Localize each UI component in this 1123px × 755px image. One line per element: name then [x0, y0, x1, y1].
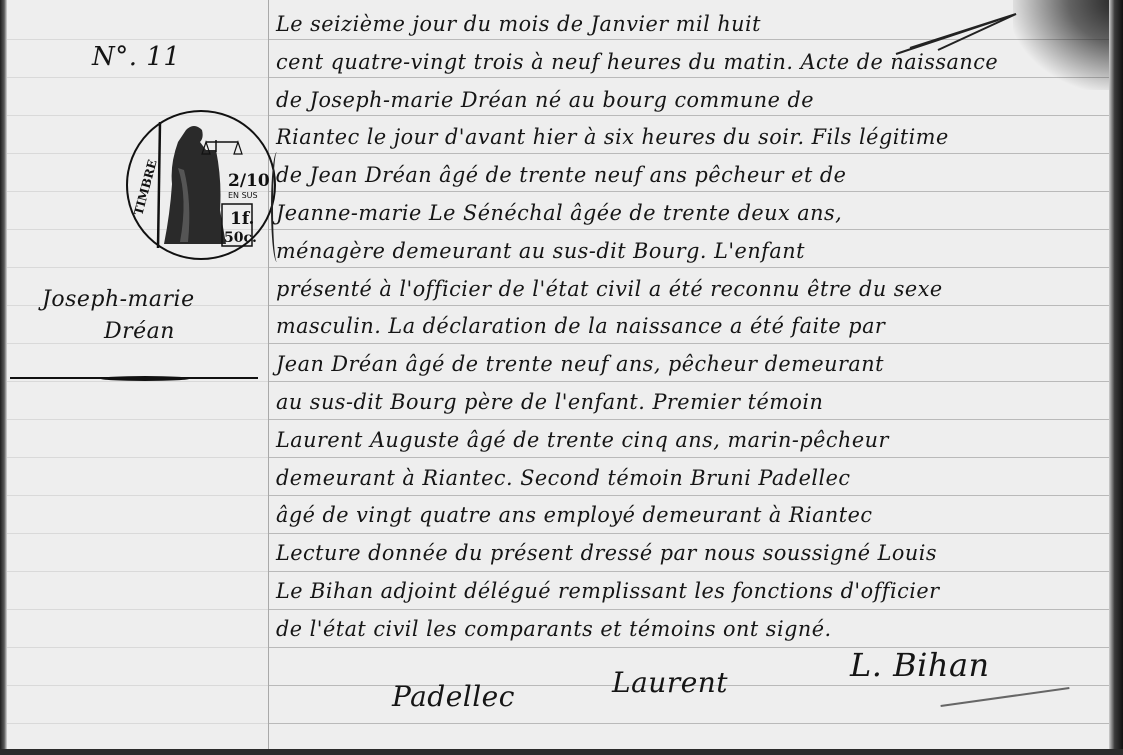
- svg-text:1f.: 1f.: [230, 209, 254, 229]
- signature-witness-2: Padellec: [392, 680, 515, 713]
- act-line: demeurant à Riantec. Second témoin Bruni…: [276, 460, 1096, 498]
- register-page: N°. 11 TIMBRE 2/10 EN SUS 1f. 50c. Josep…: [0, 0, 1123, 749]
- svg-text:TIMBRE: TIMBRE: [131, 158, 159, 217]
- margin-name-surname: Dréan: [42, 316, 195, 348]
- signature-witness-1: Laurent: [612, 666, 728, 699]
- act-line: Le Bihan adjoint délégué remplissant les…: [276, 573, 1096, 611]
- scan-bottom-border: [0, 749, 1123, 755]
- act-line: de Jean Dréan âgé de trente neuf ans pêc…: [276, 157, 1096, 195]
- act-line: ménagère demeurant au sus-dit Bourg. L'e…: [276, 233, 1096, 271]
- signatures: Padellec Laurent L. Bihan: [380, 640, 1100, 749]
- act-line: âgé de vingt quatre ans employé demeuran…: [276, 497, 1096, 535]
- svg-text:2/10: 2/10: [228, 171, 270, 191]
- act-line: Lecture donnée du présent dressé par nou…: [276, 535, 1096, 573]
- act-line: au sus-dit Bourg père de l'enfant. Premi…: [276, 384, 1096, 422]
- tax-stamp: TIMBRE 2/10 EN SUS 1f. 50c.: [124, 108, 278, 262]
- signature-underline: [940, 687, 1069, 707]
- act-line: cent quatre-vingt trois à neuf heures du…: [276, 44, 1096, 82]
- act-line: Le seizième jour du mois de Janvier mil …: [276, 6, 1096, 44]
- justice-figure-stamp-icon: TIMBRE 2/10 EN SUS 1f. 50c.: [124, 108, 278, 262]
- signature-officer: L. Bihan: [850, 646, 990, 684]
- act-line: Jean Dréan âgé de trente neuf ans, pêche…: [276, 346, 1096, 384]
- act-line: présenté à l'officier de l'état civil a …: [276, 271, 1096, 309]
- margin-separator-rule: [10, 376, 258, 381]
- svg-text:EN SUS: EN SUS: [228, 191, 258, 200]
- svg-text:50c.: 50c.: [224, 230, 257, 246]
- page-left-edge: [0, 0, 7, 749]
- act-body-text: Le seizième jour du mois de Janvier mil …: [276, 6, 1106, 649]
- act-number: N°. 11: [92, 42, 180, 72]
- act-line: de Joseph-marie Dréan né au bourg commun…: [276, 82, 1096, 120]
- act-line: Riantec le jour d'avant hier à six heure…: [276, 119, 1096, 157]
- act-line: masculin. La déclaration de la naissance…: [276, 308, 1096, 346]
- act-line: Laurent Auguste âgé de trente cinq ans, …: [276, 422, 1096, 460]
- margin-name-given: Joseph-marie: [42, 287, 195, 312]
- margin-child-name: Joseph-marie Dréan: [42, 284, 195, 348]
- page-binding-edge: [1109, 0, 1123, 749]
- act-line: Jeanne-marie Le Sénéchal âgée de trente …: [276, 195, 1096, 233]
